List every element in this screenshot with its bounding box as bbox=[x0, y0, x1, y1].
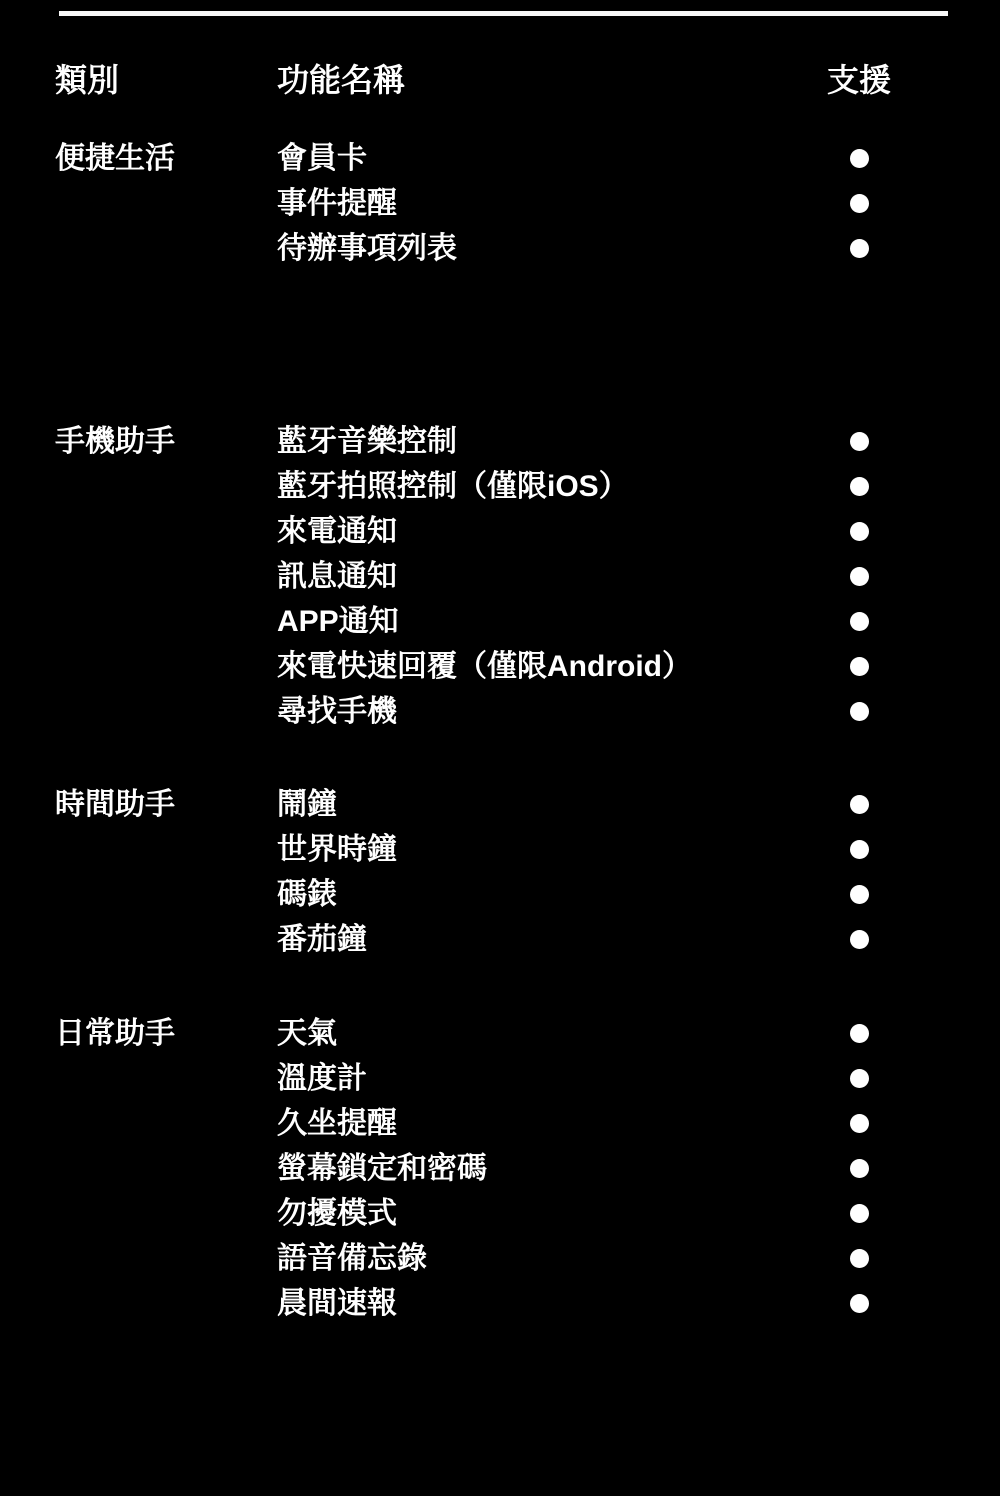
section-rows: 鬧鐘 世界時鐘 碼錶 番茄鐘 bbox=[0, 782, 1000, 962]
feature-row: 晨間速報 bbox=[0, 1281, 1000, 1326]
section-rows: 天氣 溫度計 久坐提醒 螢幕鎖定和密碼 勿擾模式 語音備忘錄 晨 bbox=[0, 1011, 1000, 1326]
table-header: 類別 功能名稱 支援 bbox=[0, 60, 1000, 100]
feature-row: 久坐提醒 bbox=[0, 1101, 1000, 1146]
support-cell bbox=[819, 827, 899, 872]
feature-name: 晨間速報 bbox=[277, 1281, 397, 1326]
feature-row: 來電快速回覆（僅限Android） bbox=[0, 644, 1000, 689]
feature-name: 事件提醒 bbox=[277, 181, 397, 226]
support-cell bbox=[819, 1191, 899, 1236]
support-cell bbox=[819, 509, 899, 554]
supported-dot-icon bbox=[850, 885, 869, 904]
feature-name: 來電快速回覆（僅限Android） bbox=[277, 644, 692, 689]
feature-row: 尋找手機 bbox=[0, 689, 1000, 734]
feature-section-2: 手機助手 藍牙音樂控制 藍牙拍照控制（僅限iOS） 來電通知 訊息通知 APP通… bbox=[0, 419, 1000, 734]
feature-row: 語音備忘錄 bbox=[0, 1236, 1000, 1281]
support-cell bbox=[819, 917, 899, 962]
feature-row: 螢幕鎖定和密碼 bbox=[0, 1146, 1000, 1191]
support-cell bbox=[819, 464, 899, 509]
supported-dot-icon bbox=[850, 432, 869, 451]
feature-name: 碼錶 bbox=[277, 872, 337, 917]
supported-dot-icon bbox=[850, 795, 869, 814]
feature-name: APP通知 bbox=[277, 599, 399, 644]
feature-row: 事件提醒 bbox=[0, 181, 1000, 226]
feature-row: 天氣 bbox=[0, 1011, 1000, 1056]
supported-dot-icon bbox=[850, 1114, 869, 1133]
supported-dot-icon bbox=[850, 930, 869, 949]
supported-dot-icon bbox=[850, 194, 869, 213]
supported-dot-icon bbox=[850, 840, 869, 859]
supported-dot-icon bbox=[850, 1069, 869, 1088]
support-cell bbox=[819, 1056, 899, 1101]
feature-row: 勿擾模式 bbox=[0, 1191, 1000, 1236]
header-category: 類別 bbox=[55, 60, 119, 100]
supported-dot-icon bbox=[850, 657, 869, 676]
support-cell bbox=[819, 419, 899, 464]
support-cell bbox=[819, 1101, 899, 1146]
supported-dot-icon bbox=[850, 239, 869, 258]
support-cell bbox=[819, 689, 899, 734]
feature-name: 溫度計 bbox=[277, 1056, 367, 1101]
supported-dot-icon bbox=[850, 1249, 869, 1268]
supported-dot-icon bbox=[850, 1294, 869, 1313]
feature-row: 碼錶 bbox=[0, 872, 1000, 917]
supported-dot-icon bbox=[850, 702, 869, 721]
support-cell bbox=[819, 599, 899, 644]
feature-row: 待辦事項列表 bbox=[0, 226, 1000, 271]
support-cell bbox=[819, 1011, 899, 1056]
support-cell bbox=[819, 554, 899, 599]
feature-row: 藍牙拍照控制（僅限iOS） bbox=[0, 464, 1000, 509]
feature-name: 鬧鐘 bbox=[277, 782, 337, 827]
section-rows: 藍牙音樂控制 藍牙拍照控制（僅限iOS） 來電通知 訊息通知 APP通知 來電快… bbox=[0, 419, 1000, 734]
header-feature-name: 功能名稱 bbox=[277, 60, 405, 100]
supported-dot-icon bbox=[850, 522, 869, 541]
feature-name: 藍牙音樂控制 bbox=[277, 419, 457, 464]
support-cell bbox=[819, 136, 899, 181]
feature-row: 世界時鐘 bbox=[0, 827, 1000, 872]
feature-name: 天氣 bbox=[277, 1011, 337, 1056]
feature-name: 尋找手機 bbox=[277, 689, 397, 734]
feature-row: 來電通知 bbox=[0, 509, 1000, 554]
header-support: 支援 bbox=[819, 60, 899, 100]
feature-support-table: 類別 功能名稱 支援 便捷生活 會員卡 事件提醒 待辦事項列表 手機助手 藍牙音… bbox=[0, 0, 1000, 1496]
feature-row: 溫度計 bbox=[0, 1056, 1000, 1101]
feature-name: 勿擾模式 bbox=[277, 1191, 397, 1236]
feature-name: 久坐提醒 bbox=[277, 1101, 397, 1146]
feature-name: 待辦事項列表 bbox=[277, 226, 457, 271]
feature-row: 訊息通知 bbox=[0, 554, 1000, 599]
feature-section-1: 便捷生活 會員卡 事件提醒 待辦事項列表 bbox=[0, 136, 1000, 271]
feature-name: 來電通知 bbox=[277, 509, 397, 554]
supported-dot-icon bbox=[850, 567, 869, 586]
support-cell bbox=[819, 1236, 899, 1281]
feature-row: APP通知 bbox=[0, 599, 1000, 644]
support-cell bbox=[819, 1146, 899, 1191]
supported-dot-icon bbox=[850, 612, 869, 631]
supported-dot-icon bbox=[850, 1204, 869, 1223]
support-cell bbox=[819, 872, 899, 917]
support-cell bbox=[819, 226, 899, 271]
support-cell bbox=[819, 644, 899, 689]
support-cell bbox=[819, 181, 899, 226]
feature-name: 訊息通知 bbox=[277, 554, 397, 599]
supported-dot-icon bbox=[850, 1024, 869, 1043]
feature-row: 會員卡 bbox=[0, 136, 1000, 181]
supported-dot-icon bbox=[850, 1159, 869, 1178]
feature-name: 語音備忘錄 bbox=[277, 1236, 427, 1281]
feature-name: 世界時鐘 bbox=[277, 827, 397, 872]
feature-name: 番茄鐘 bbox=[277, 917, 367, 962]
feature-section-4: 日常助手 天氣 溫度計 久坐提醒 螢幕鎖定和密碼 勿擾模式 語音備忘錄 bbox=[0, 1011, 1000, 1326]
feature-name: 會員卡 bbox=[277, 136, 367, 181]
top-divider bbox=[59, 11, 948, 16]
feature-row: 藍牙音樂控制 bbox=[0, 419, 1000, 464]
feature-row: 番茄鐘 bbox=[0, 917, 1000, 962]
section-rows: 會員卡 事件提醒 待辦事項列表 bbox=[0, 136, 1000, 271]
supported-dot-icon bbox=[850, 477, 869, 496]
feature-section-3: 時間助手 鬧鐘 世界時鐘 碼錶 番茄鐘 bbox=[0, 782, 1000, 962]
support-cell bbox=[819, 1281, 899, 1326]
feature-name: 藍牙拍照控制（僅限iOS） bbox=[277, 464, 629, 509]
supported-dot-icon bbox=[850, 149, 869, 168]
support-cell bbox=[819, 782, 899, 827]
feature-row: 鬧鐘 bbox=[0, 782, 1000, 827]
feature-name: 螢幕鎖定和密碼 bbox=[277, 1146, 487, 1191]
